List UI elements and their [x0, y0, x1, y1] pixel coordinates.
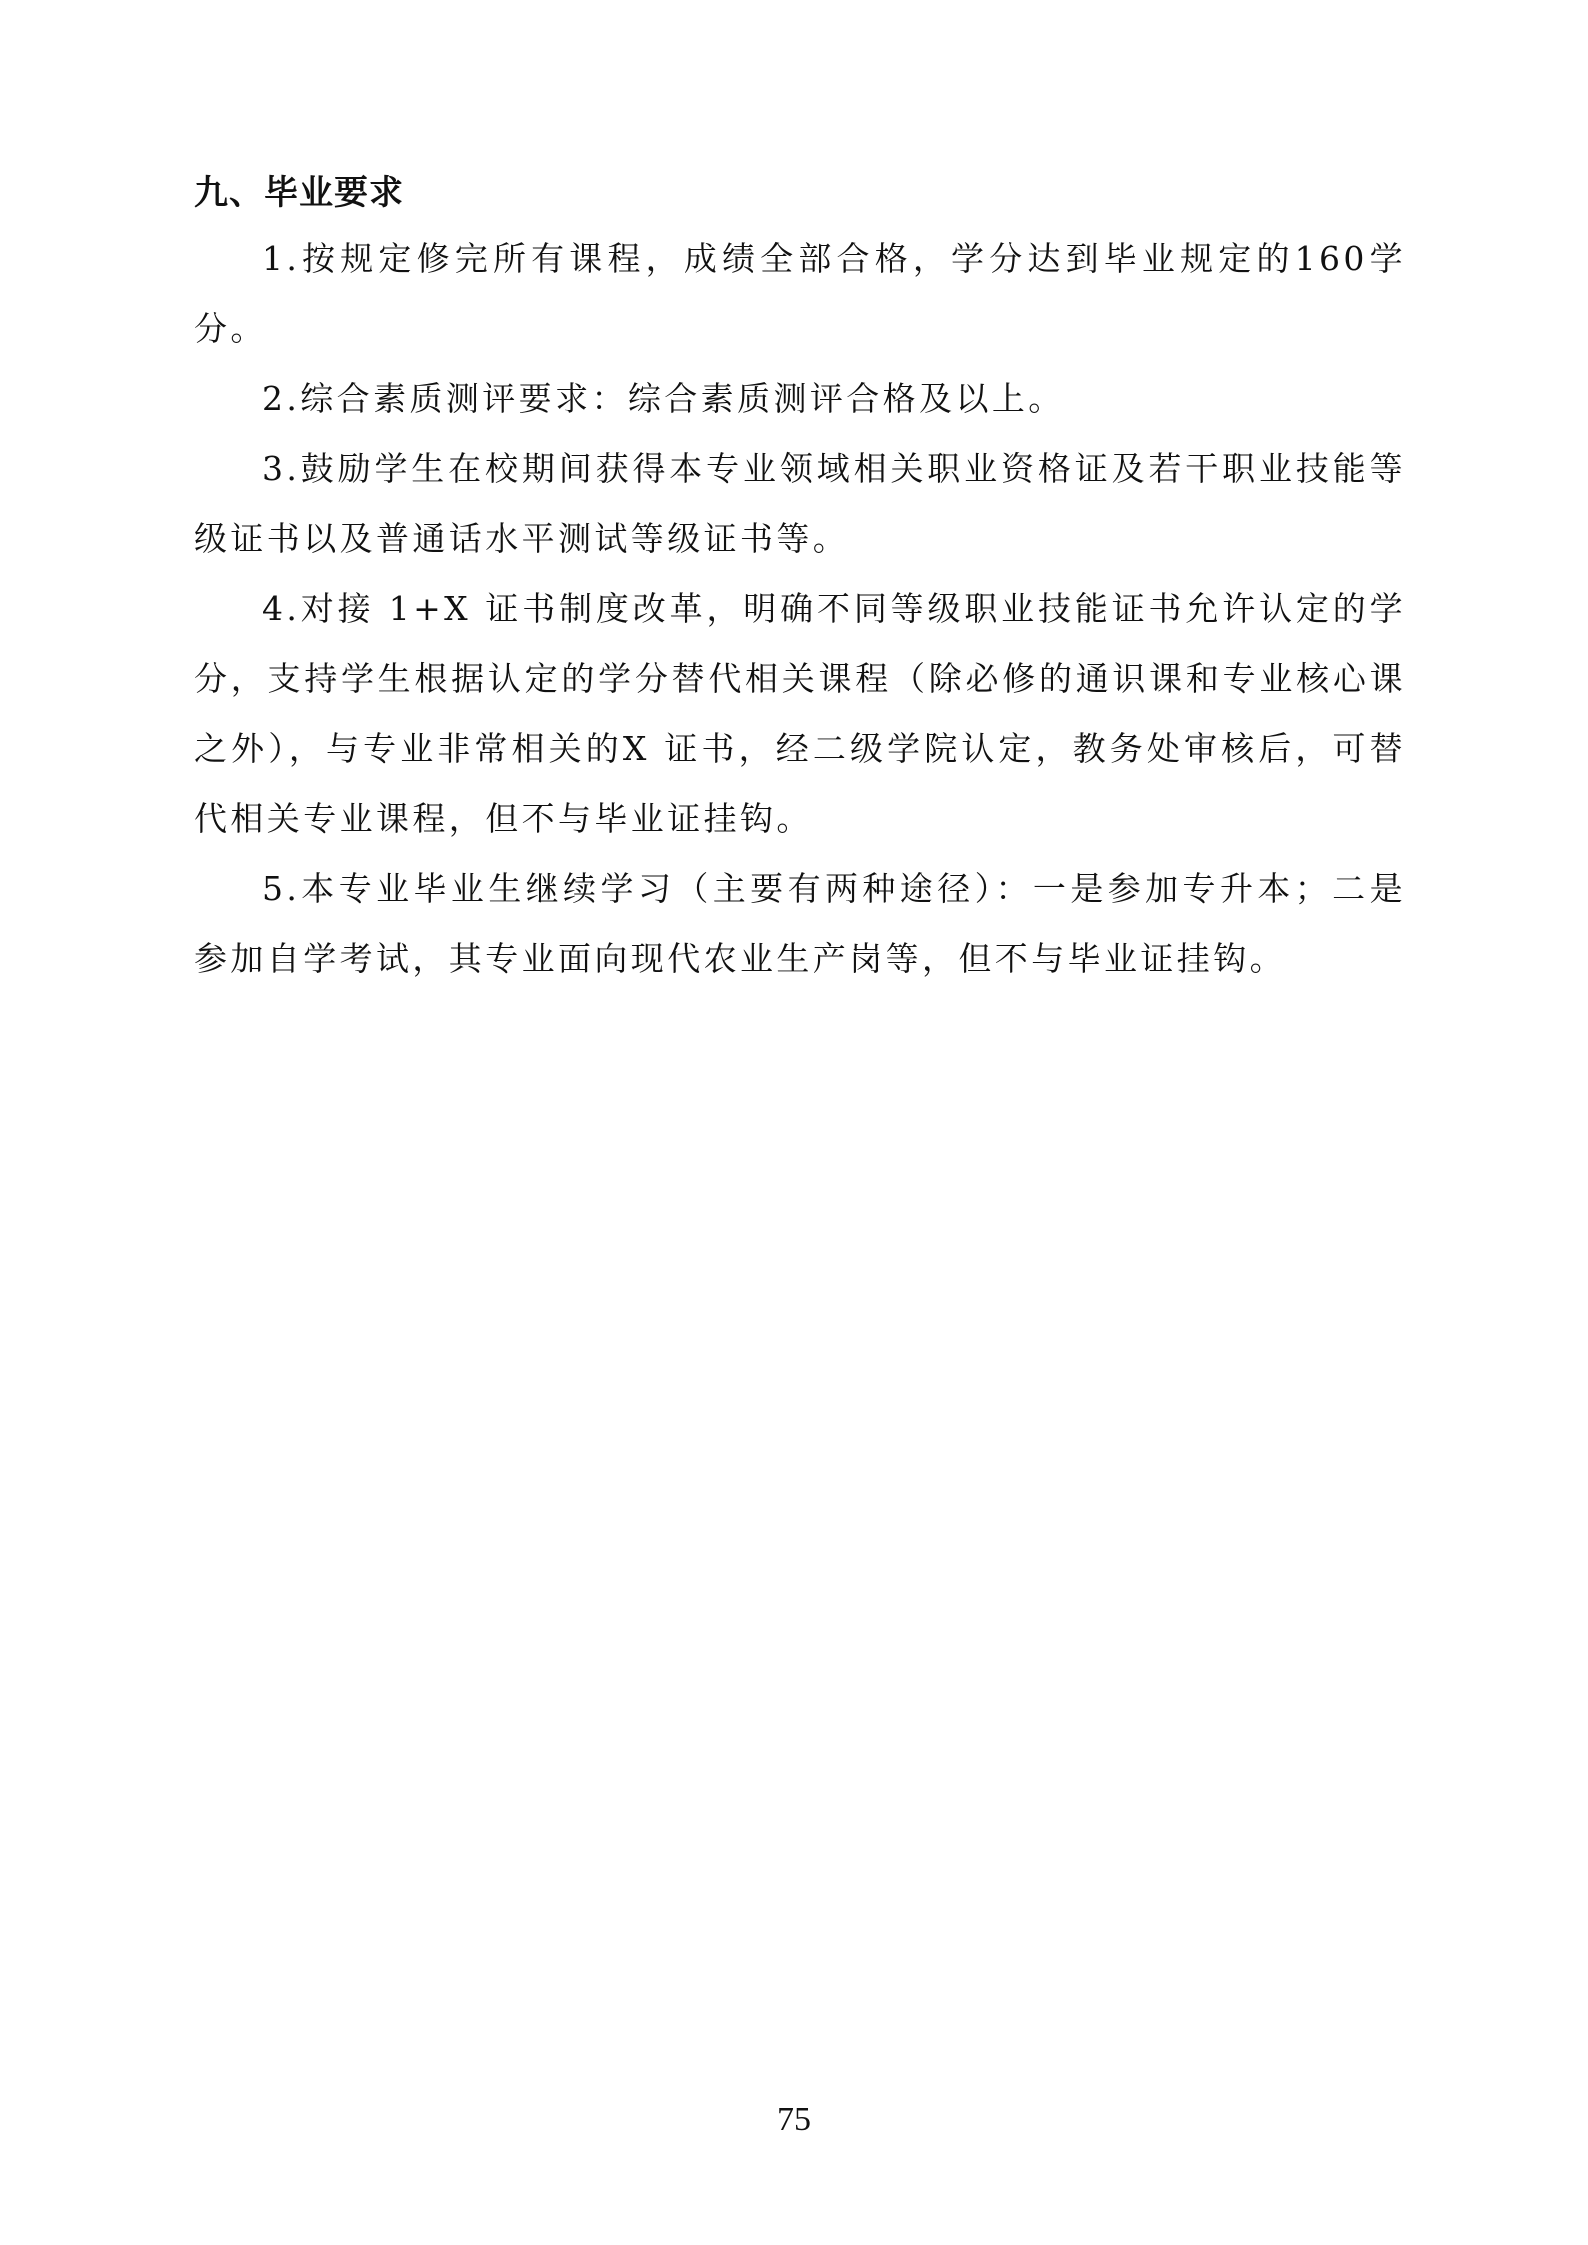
section-heading: 九、毕业要求: [194, 168, 404, 218]
requirement-paragraph-1: 1.按规定修完所有课程，成绩全部合格，学分达到毕业规定的160学分。: [194, 224, 1406, 364]
requirement-paragraph-4: 4.对接 1+X 证书制度改革，明确不同等级职业技能证书允许认定的学分，支持学生…: [194, 574, 1406, 854]
page-number: 75: [0, 2100, 1588, 2140]
requirement-paragraph-2: 2.综合素质测评要求：综合素质测评合格及以上。: [194, 364, 1406, 434]
requirement-paragraph-5: 5.本专业毕业生继续学习（主要有两种途径）：一是参加专升本；二是参加自学考试，其…: [194, 854, 1406, 994]
document-page: 九、毕业要求 1.按规定修完所有课程，成绩全部合格，学分达到毕业规定的160学分…: [0, 0, 1588, 2245]
requirement-paragraph-3: 3.鼓励学生在校期间获得本专业领域相关职业资格证及若干职业技能等级证书以及普通话…: [194, 434, 1406, 574]
